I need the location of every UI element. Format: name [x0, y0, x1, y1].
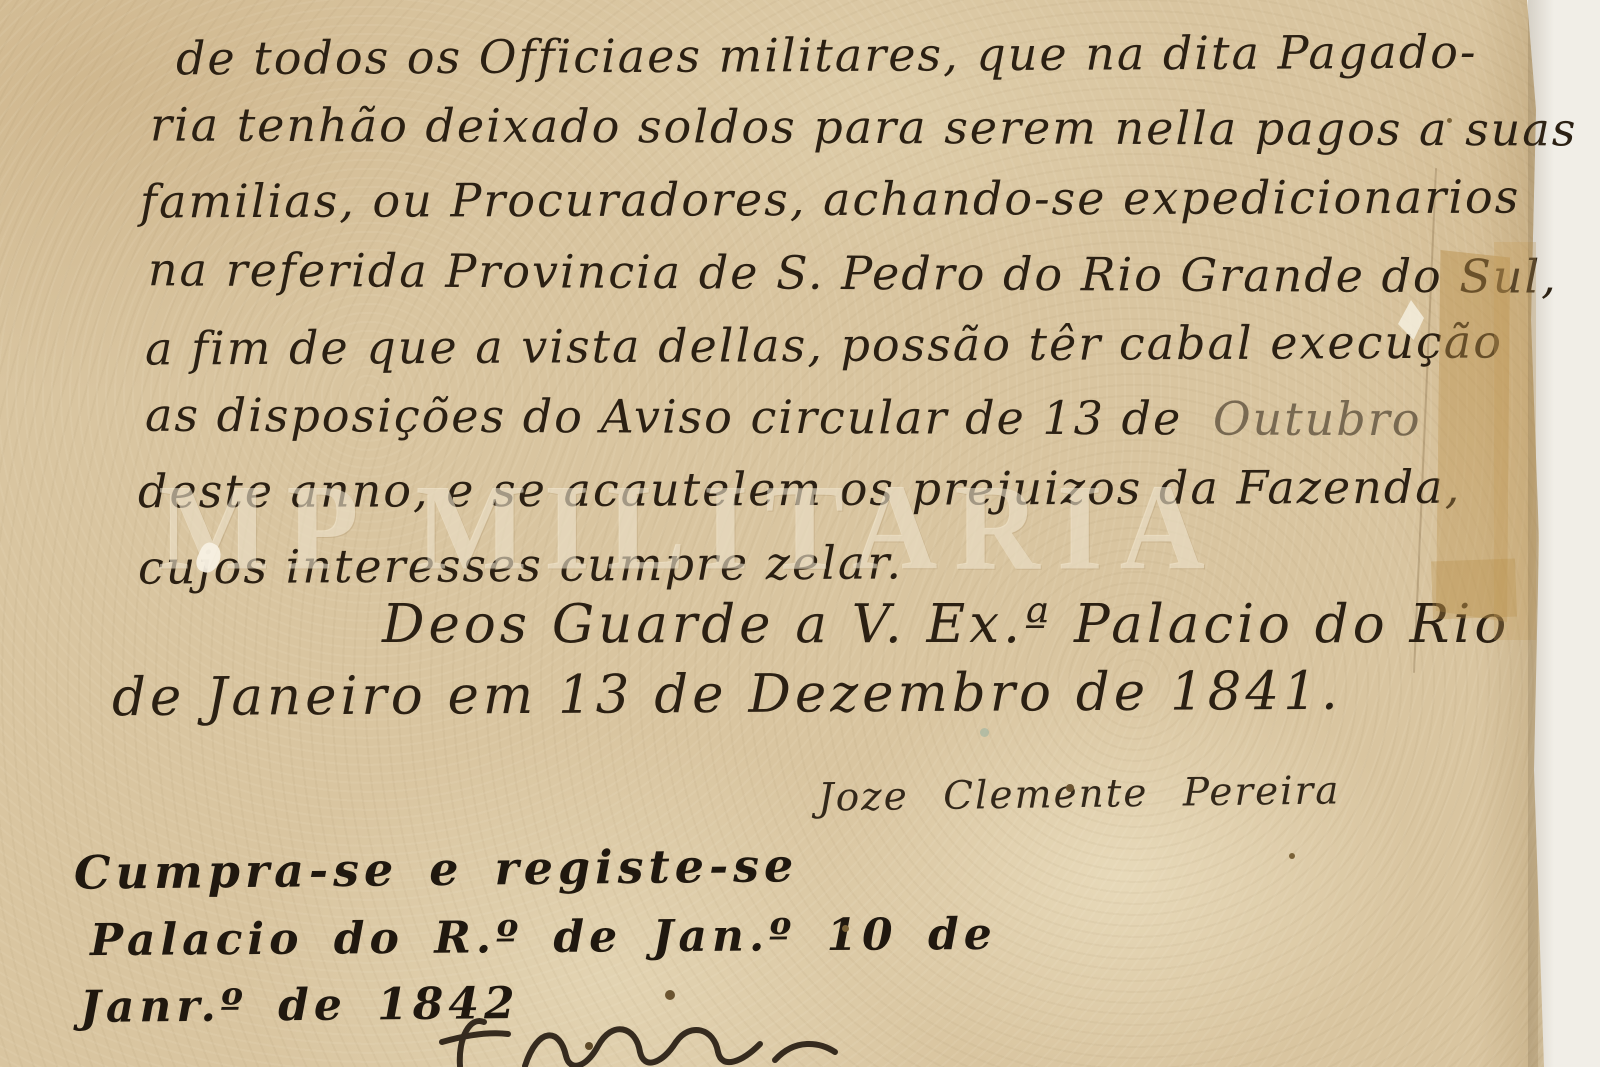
letter-line-6-text: as disposições do Aviso circular de 13 d…	[145, 388, 1182, 446]
paper-speck	[842, 925, 849, 932]
letter-line-4: na referida Provincia de S. Pedro do Rio…	[148, 242, 1558, 303]
letter-closing-line-1: Deos Guarde a V. Ex.ª Palacio do Rio	[382, 594, 1510, 655]
letter-signature: Joze Clemente Pereira	[818, 768, 1341, 820]
endorsement-line-1: Cumpra-se e registe-se	[74, 838, 799, 900]
paper-speck	[585, 1042, 593, 1050]
letter-line-2: ria tenhão deixado soldos para serem nel…	[150, 98, 1578, 157]
endorsement-line-2: Palacio do R.º de Jan.º 10 de	[90, 909, 997, 966]
letter-line-6: as disposições do Aviso circular de 13 d…	[145, 388, 1422, 446]
photograph-of-manuscript: de todos os Officiaes militares, que na …	[0, 0, 1600, 1067]
paper-speck	[980, 728, 989, 737]
letter-closing-line-2: de Janeiro em 13 de Dezembro de 1841.	[112, 661, 1342, 728]
letter-line-6-faded-word: Outubro	[1213, 391, 1422, 446]
paper-speck	[665, 990, 675, 1000]
letter-line-5: a fim de que a vista dellas, possão têr …	[145, 314, 1503, 375]
paper-speck	[1066, 784, 1074, 792]
paper-speck	[1289, 853, 1295, 859]
letter-line-1: de todos os Officiaes militares, que na …	[176, 25, 1478, 86]
paper-speck	[1447, 118, 1452, 123]
letter-line-3: familias, ou Procuradores, achando-se ex…	[140, 170, 1520, 229]
watermark-text: MP MILITARIA	[158, 459, 1458, 596]
repair-tape	[1431, 559, 1517, 620]
cut-off-signature-stroke	[430, 1008, 850, 1067]
